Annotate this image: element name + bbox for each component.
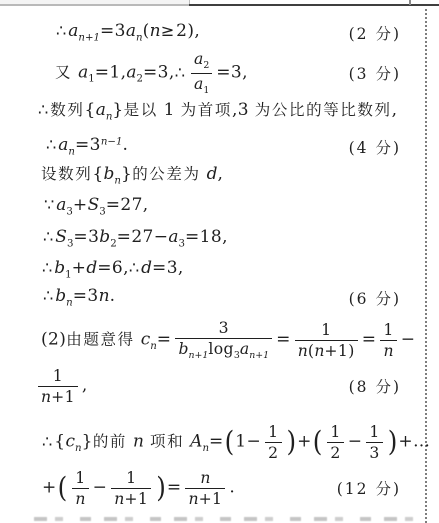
line-geometric: ∴数列{an}是以 1 为首项,3 为公比的等比数列, [0,100,439,124]
math-row: ∴bn=3n. [43,288,115,308]
cjk-text: 数列 [50,101,84,119]
denominator: 3 [366,443,382,462]
line-bn: ∴bn=3n.(6 分) [0,286,439,310]
math-text: =3 [75,135,101,155]
math-var: a [194,49,203,68]
math-row: (2)由题意得 cn=3bn+1log3an+1=1n(n+1)=1n− [41,319,415,361]
numerator: 1 [366,423,382,443]
big-paren: ( [58,474,68,502]
math-text: =3 [73,286,99,306]
math-text: , [82,376,88,396]
line-a1-a2: 又 a1=1,a2=3,∴a2a1=3,(3 分) [0,54,439,92]
math-row: 又 a1=1,a2=3,∴a2a1=3, [55,50,248,96]
line-b1-d: ∴b1+d=6,∴d=3, [0,258,439,282]
math-text: } [121,164,132,184]
math-text: = [362,330,377,350]
math-symbol: ∴ [42,432,52,451]
line-an1: ∴an+1=3an(n≥2),(2 分) [0,21,439,45]
math-var: n [75,489,85,508]
math-var: b [54,258,65,278]
math-text: + [297,432,312,452]
math-var: d [141,258,152,278]
score-mark: (12 分) [337,477,401,499]
math-var: n [200,468,210,487]
math-var: n [150,21,161,41]
subscript: n+1 [249,349,269,360]
math-text: 1 [158,100,181,120]
fraction: a2a1 [191,50,212,96]
math-var: S [55,227,67,247]
math-text: 3 [369,443,379,462]
cjk-text: 由题意得 [66,331,134,349]
cjk-text: 是以 [124,101,158,119]
math-text: +1 [124,489,148,508]
math-text: +… [398,432,430,452]
math-row: 1n+1, [34,367,88,405]
clipped-text-row [34,516,416,523]
math-text: (2) [41,330,66,350]
score-mark: (8 分) [349,375,401,397]
math-text: =3 [73,227,99,247]
math-var: a [194,74,203,93]
cjk-text: 的公差为 [132,165,200,183]
denominator: n+1 [185,489,225,508]
math-text: =27− [117,227,169,247]
fraction: 1n [72,469,88,507]
math-row: ∵a3+S3=27, [44,197,149,217]
numerator: 1 [380,321,396,341]
math-text: = [209,432,224,452]
numerator: 1 [295,321,358,341]
math-var: b [104,164,115,184]
math-var: a [126,63,136,83]
denominator: 2 [265,443,281,462]
math-row: ∴数列{an}是以 1 为首项,3 为公比的等比数列, [38,102,397,122]
math-text: log [208,339,234,358]
math-text: = [276,330,291,350]
math-symbol: ∴ [43,286,53,305]
math-text: , [218,164,224,184]
math-var: b [178,339,188,358]
math-row: 设数列{bn}的公差为 d, [41,166,223,186]
math-text: } [82,432,93,452]
math-var: n [188,489,198,508]
math-row: ∴{cn}的前 n 项和 An=(1−12)+(12−13)+… [42,423,430,461]
score-mark: (6 分) [349,287,401,309]
denominator: 2 [327,443,343,462]
math-text: 1 [330,422,340,441]
math-var: n [41,387,51,406]
fraction: 12 [327,423,343,461]
denominator: n+1 [38,387,78,406]
denominator: n [72,489,88,508]
math-text: 1 [369,422,379,441]
math-text: . [122,135,128,155]
math-var: a [96,100,106,120]
fraction: 1n(n+1) [295,321,358,359]
math-symbol: ∴ [43,227,53,246]
math-text: 1 [268,422,278,441]
big-paren: ) [156,474,166,502]
big-paren: ) [388,428,398,456]
math-text: 2 [268,443,278,462]
line-cn: (2)由题意得 cn=3bn+1log3an+1=1n(n+1)=1n− [0,316,439,364]
denominator: a1 [191,74,212,96]
math-text: − [93,478,108,498]
math-text: =27, [106,195,149,215]
math-text: 3 [219,318,229,337]
math-text: =1, [95,63,127,83]
math-text: =18, [185,227,228,247]
math-var: a [56,195,66,215]
fraction: 1n+1 [111,469,151,507]
math-symbol: ∴ [46,135,56,154]
math-symbol: ∴ [38,100,48,119]
line-set-d: 设数列{bn}的公差为 d, [0,164,439,188]
math-text: { [54,432,65,452]
math-text: { [84,100,95,120]
math-var: n [133,432,144,452]
cjk-text: 又 [55,64,72,82]
math-row: ∴S3=3b2=27−a3=18, [43,229,228,249]
math-symbol: ∴ [175,63,185,82]
cjk-text: 为公比的等比数列 [255,101,392,119]
math-var: a [68,21,78,41]
math-symbol: ∴ [42,258,52,277]
math-var: n [114,489,124,508]
numerator: 1 [327,423,343,443]
fraction: 1n [380,321,396,359]
fraction: 12 [265,423,281,461]
top-rule-tick [409,0,411,5]
math-var: c [141,330,151,350]
math-text: ( [143,21,150,41]
line-frac-n1: 1n+1,(8 分) [0,367,439,405]
math-text: 1− [235,432,261,452]
math-var: a [126,21,136,41]
math-var: a [168,227,178,247]
math-text: +1 [199,489,223,508]
math-row: +(1n−1n+1)=nn+1. [42,469,235,507]
line-an-formula: ∴an=3n−1.(4 分) [0,135,439,159]
line-sum-An: ∴{cn}的前 n 项和 An=(1−12)+(12−13)+… [0,418,439,466]
math-text: . [110,286,116,306]
math-text: . [229,478,235,498]
math-text: + [72,258,87,278]
math-var: b [55,286,66,306]
numerator: n [185,469,225,489]
numerator: 1 [111,469,151,489]
math-var: n [99,286,110,306]
denominator: bn+1log3an+1 [175,339,272,361]
numerator: a2 [191,50,212,73]
numerator: 3 [175,319,272,339]
subscript: n+1 [188,349,208,360]
score-mark: (3 分) [349,62,401,84]
math-text: 1 [383,320,393,339]
math-text: =6, [97,258,129,278]
math-row: ∴an+1=3an(n≥2), [56,23,200,43]
math-text: 1 [53,366,63,385]
math-var: n [298,341,308,360]
math-var: n [384,341,394,360]
big-paren: ( [313,428,323,456]
cjk-text: 的前 [93,433,127,451]
score-mark: (4 分) [349,136,401,158]
denominator: n+1 [111,489,151,508]
math-text: + [73,195,88,215]
top-rule [0,4,439,6]
math-text: + [42,478,57,498]
math-var: d [86,258,97,278]
math-text: , [392,100,398,120]
superscript: n−1 [101,136,123,147]
math-text: } [112,100,123,120]
math-var: a [240,339,249,358]
big-paren: ) [287,428,297,456]
math-row: ∴an=3n−1. [46,137,128,157]
numerator: 1 [38,367,78,387]
line-a3-s3: ∵a3+S3=27, [0,195,439,219]
cjk-text: 为首项 [181,101,232,119]
fraction: 1n+1 [38,367,78,405]
math-text: 1 [126,468,136,487]
math-text: +1) [324,341,354,360]
math-symbol: ∴ [56,21,66,40]
numerator: 1 [72,469,88,489]
math-text: − [348,432,363,452]
math-symbol: ∴ [129,258,139,277]
cjk-text: 设数列 [41,165,92,183]
cjk-text: 项和 [150,433,184,451]
math-symbol: ≥ [161,21,175,40]
math-text: 1 [75,468,85,487]
math-text: =3, [216,63,248,83]
denominator: n [380,341,396,360]
math-text: = [100,21,115,41]
subscript: 1 [203,84,209,95]
math-text: 2), [176,21,200,41]
subscript: n+1 [78,32,100,43]
fraction: 13 [366,423,382,461]
line-sum-result: +(1n−1n+1)=nn+1.(12 分) [0,464,439,512]
math-text: 3 [115,21,126,41]
math-row: ∴b1+d=6,∴d=3, [42,260,184,280]
math-var: n [314,341,324,360]
fraction: 3bn+1log3an+1 [175,319,272,361]
math-var: S [88,195,100,215]
math-text: { [92,164,103,184]
math-text: =3, [143,63,175,83]
math-var: a [58,135,68,155]
math-text: +1 [51,387,75,406]
numerator: 1 [265,423,281,443]
math-var: a [78,63,88,83]
math-var: b [99,227,110,247]
denominator: n(n+1) [295,341,358,360]
math-symbol: ∵ [44,195,54,214]
math-var: A [190,432,202,452]
math-var: c [66,432,76,452]
math-text: ,3 [232,100,255,120]
fraction: nn+1 [185,469,225,507]
math-var: d [207,164,218,184]
subscript: 2 [203,60,209,71]
math-text: =3, [152,258,184,278]
math-text: = [157,330,172,350]
score-mark: (2 分) [349,22,401,44]
line-s3: ∴S3=3b2=27−a3=18, [0,227,439,251]
math-text: 1 [321,320,331,339]
big-paren: ( [225,428,235,456]
math-text: = [167,478,182,498]
math-text: 2 [330,443,340,462]
math-text: − [401,330,416,350]
